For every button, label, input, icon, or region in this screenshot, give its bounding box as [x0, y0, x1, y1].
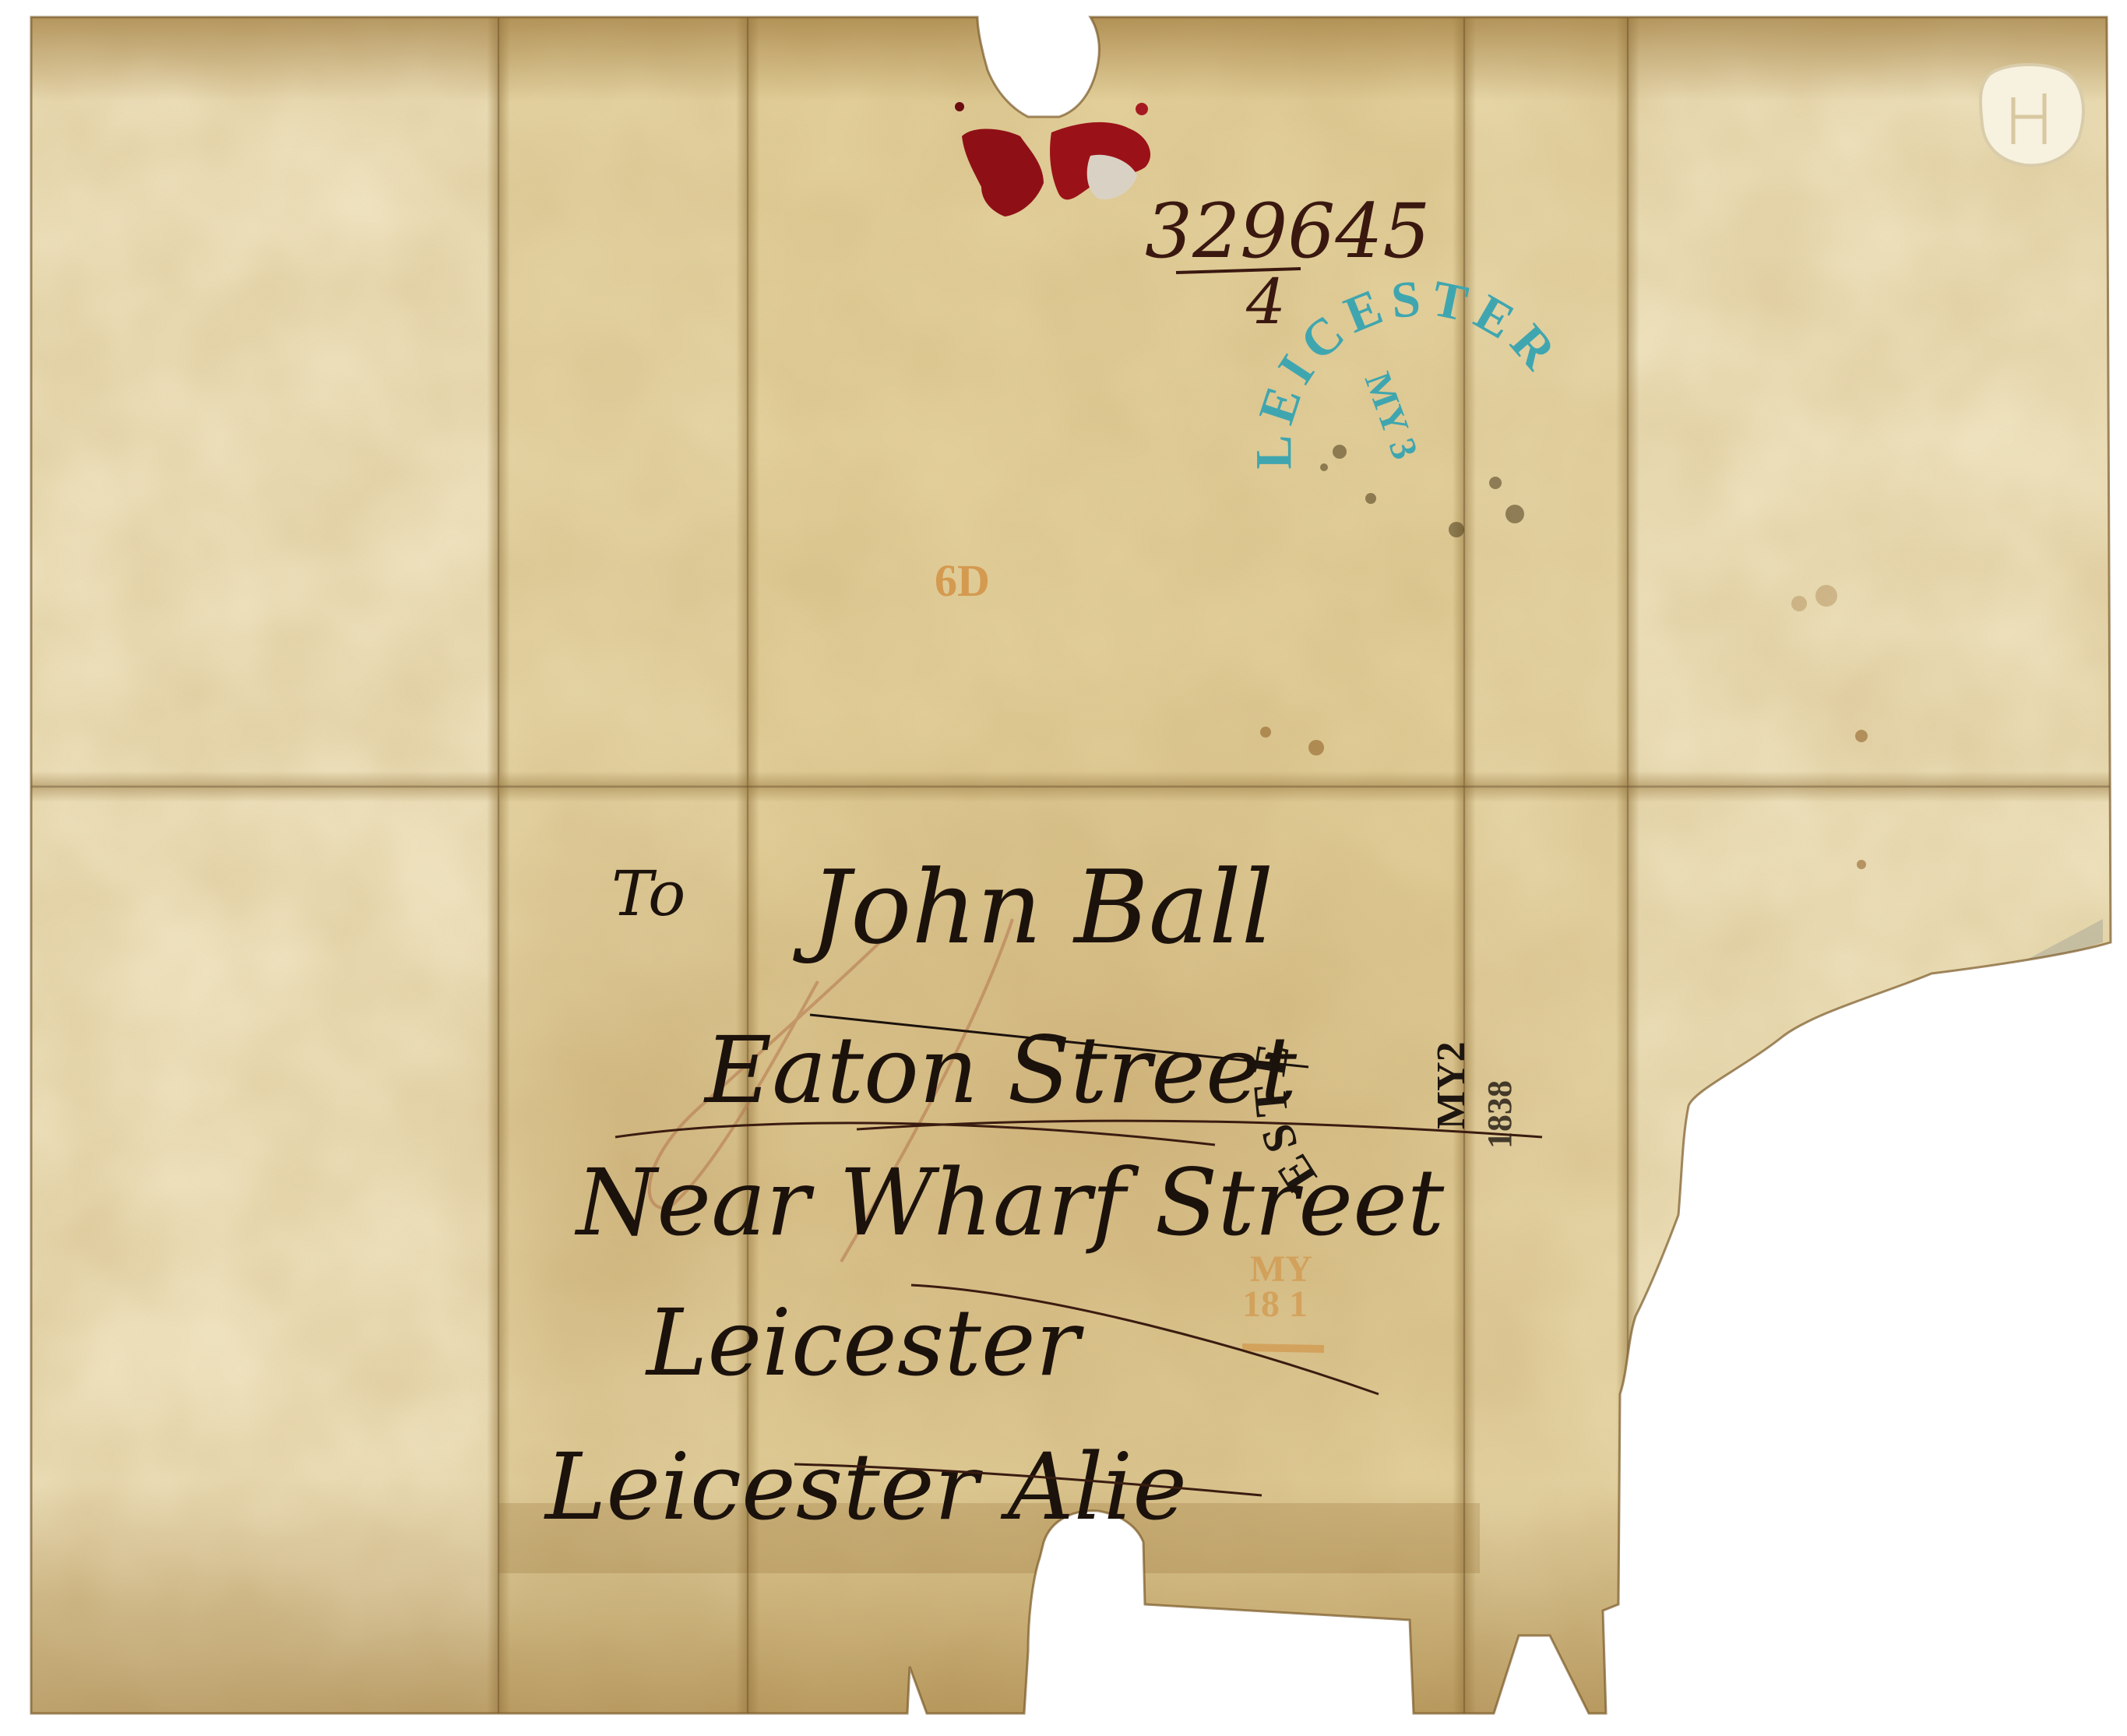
address-line-street: Eaton Street	[703, 1016, 1298, 1124]
reference-denominator: 4	[1245, 266, 1286, 338]
address-salutation: To	[611, 857, 685, 930]
black-postmark-year: 1838	[1481, 1080, 1519, 1149]
embossed-crest	[1981, 65, 2083, 165]
letter-scan: 329645 4 LEICESTER MY 3 6D MY 18 1 ESTE …	[0, 0, 2127, 1736]
address-line-near: Near Wharf Street	[574, 1149, 1445, 1256]
svg-text:6D: 6D	[935, 555, 990, 606]
black-postmark-date: MY2	[1429, 1041, 1474, 1129]
svg-text:18 1: 18 1	[1242, 1284, 1308, 1325]
address-line-city: Leicester	[645, 1289, 1085, 1396]
address-line-county: Leicester Alie	[544, 1433, 1187, 1541]
orange-stamp-upper: 6D	[935, 555, 990, 606]
reference-numerator: 329645	[1145, 188, 1430, 275]
address-line-name: John Ball	[793, 848, 1273, 967]
